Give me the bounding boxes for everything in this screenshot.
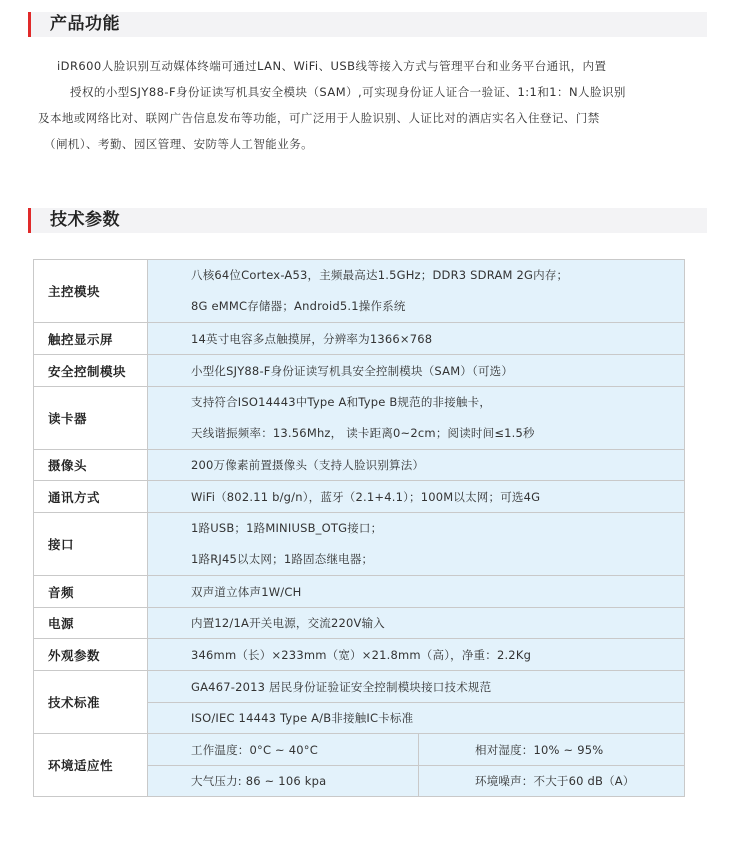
section-title: 技术参数 xyxy=(50,209,120,232)
row-value: 1路USB；1路MINIUSB_OTG接口； 1路RJ45以太网；1路固态继电器… xyxy=(148,513,685,576)
row-value: 346mm（长）×233mm（宽）×21.8mm（高），净重：2.2Kg xyxy=(148,639,685,671)
table-row-camera: 摄像头 200万像素前置摄像头（支持人脸识别算法） xyxy=(34,450,685,481)
table-row-communication: 通讯方式 WiFi（802.11 b/g/n），蓝牙（2.1+4.1）；100M… xyxy=(34,481,685,513)
row-label: 技术标准 xyxy=(34,671,148,734)
row-label: 读卡器 xyxy=(34,387,148,450)
table-row-interfaces: 接口 1路USB；1路MINIUSB_OTG接口； 1路RJ45以太网；1路固态… xyxy=(34,513,685,576)
accent-bar xyxy=(28,208,31,233)
row-value: 双声道立体声1W/CH xyxy=(148,576,685,608)
row-value: 内置12/1A开关电源，交流220V输入 xyxy=(148,608,685,639)
intro-line-3: 及本地或网络比对、联网广告信息发布等功能，可广泛用于人脸识别、人证比对的酒店实名… xyxy=(38,110,600,126)
table-row-display: 触控显示屏 14英寸电容多点触摸屏，分辨率为1366×768 xyxy=(34,323,685,355)
intro-line-1: iDR600人脸识别互动媒体终端可通过LAN、WiFi、USB线等接入方式与管理… xyxy=(57,58,606,74)
row-value: ISO/IEC 14443 Type A/B非接触IC卡标准 xyxy=(148,703,685,734)
row-label: 环境适应性 xyxy=(34,734,148,797)
row-value: 小型化SJY88-F身份证读写机具安全控制模块（SAM）（可选） xyxy=(148,355,685,387)
accent-bar xyxy=(28,12,31,37)
row-value: 200万像素前置摄像头（支持人脸识别算法） xyxy=(148,450,685,481)
section-header-features: 产品功能 xyxy=(28,12,707,37)
row-label: 电源 xyxy=(34,608,148,639)
section-title: 产品功能 xyxy=(50,13,120,36)
value-line: 1路RJ45以太网；1路固态继电器； xyxy=(191,544,684,575)
row-label: 接口 xyxy=(34,513,148,576)
row-label: 触控显示屏 xyxy=(34,323,148,355)
table-row-cpu: 主控模块 八核64位Cortex-A53，主频最高达1.5GHz；DDR3 SD… xyxy=(34,260,685,323)
env-operating-temp: 工作温度：0°C ~ 40°C xyxy=(148,734,419,766)
row-value: WiFi（802.11 b/g/n），蓝牙（2.1+4.1）；100M以太网；可… xyxy=(148,481,685,513)
row-label: 音频 xyxy=(34,576,148,608)
spec-table: 主控模块 八核64位Cortex-A53，主频最高达1.5GHz；DDR3 SD… xyxy=(33,259,685,797)
row-label: 通讯方式 xyxy=(34,481,148,513)
table-row-security-module: 安全控制模块 小型化SJY88-F身份证读写机具安全控制模块（SAM）（可选） xyxy=(34,355,685,387)
value-line: 8G eMMC存储器；Android5.1操作系统 xyxy=(191,291,684,322)
value-line: 1路USB；1路MINIUSB_OTG接口； xyxy=(191,513,684,544)
value-line: 支持符合ISO14443中Type A和Type B规范的非接触卡， xyxy=(191,387,684,418)
row-label: 主控模块 xyxy=(34,260,148,323)
row-value: 支持符合ISO14443中Type A和Type B规范的非接触卡， 天线谐振频… xyxy=(148,387,685,450)
intro-line-2: 授权的小型SJY88-F身份证读写机具安全模块（SAM）,可实现身份证人证合一验… xyxy=(70,84,626,100)
intro-line-4: （闸机）、考勤、园区管理、安防等人工智能业务。 xyxy=(44,136,313,152)
table-row-standards: 技术标准 GA467-2013 居民身份证验证安全控制模块接口技术规范 xyxy=(34,671,685,703)
row-label: 安全控制模块 xyxy=(34,355,148,387)
row-value: 14英寸电容多点触摸屏，分辨率为1366×768 xyxy=(148,323,685,355)
row-value: 八核64位Cortex-A53，主频最高达1.5GHz；DDR3 SDRAM 2… xyxy=(148,260,685,323)
row-label: 摄像头 xyxy=(34,450,148,481)
env-humidity: 相对湿度：10% ~ 95% xyxy=(419,734,685,766)
row-label: 外观参数 xyxy=(34,639,148,671)
env-pressure: 大气压力: 86 ~ 106 kpa xyxy=(148,766,419,797)
env-noise: 环境噪声：不大于60 dB（A） xyxy=(419,766,685,797)
value-line: 八核64位Cortex-A53，主频最高达1.5GHz；DDR3 SDRAM 2… xyxy=(191,260,684,291)
table-row-card-reader: 读卡器 支持符合ISO14443中Type A和Type B规范的非接触卡， 天… xyxy=(34,387,685,450)
table-row-environment: 环境适应性 工作温度：0°C ~ 40°C 相对湿度：10% ~ 95% xyxy=(34,734,685,766)
table-row-audio: 音频 双声道立体声1W/CH xyxy=(34,576,685,608)
table-row-power: 电源 内置12/1A开关电源，交流220V输入 xyxy=(34,608,685,639)
value-line: 天线谐振频率：13.56Mhz， 读卡距离0~2cm；阅读时间≤1.5秒 xyxy=(191,418,684,449)
section-header-specs: 技术参数 xyxy=(28,208,707,233)
table-row-dimensions: 外观参数 346mm（长）×233mm（宽）×21.8mm（高），净重：2.2K… xyxy=(34,639,685,671)
row-value: GA467-2013 居民身份证验证安全控制模块接口技术规范 xyxy=(148,671,685,703)
